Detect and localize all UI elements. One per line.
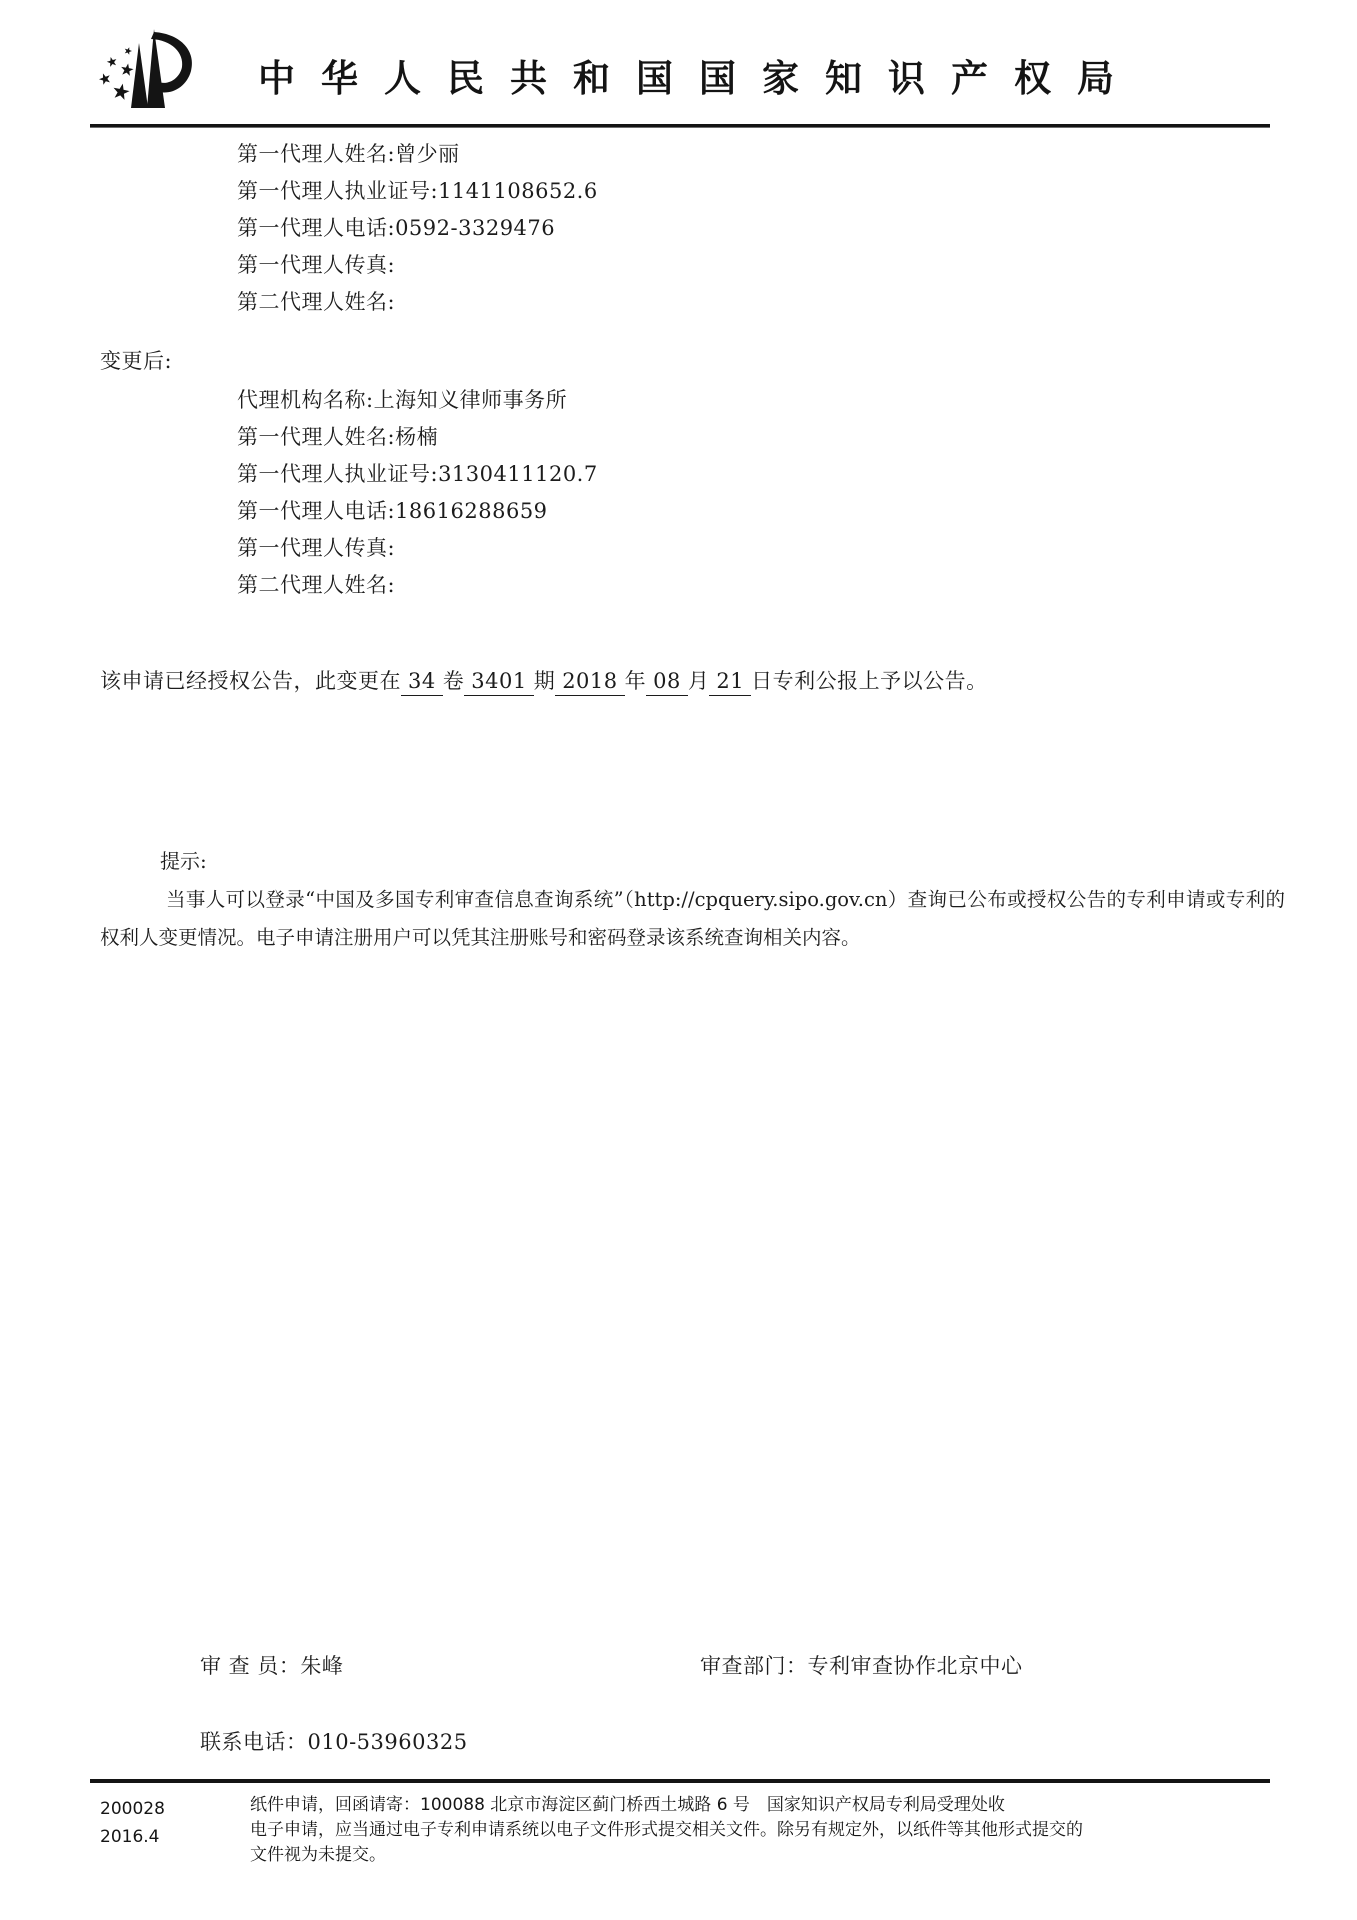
field-line: 第一代理人传真: <box>237 247 598 284</box>
announcement-text: 日专利公报上予以公告。 <box>751 669 988 693</box>
after-change-label: 变更后: <box>100 345 172 375</box>
announcement-text: 卷 <box>443 669 465 693</box>
gazette-day: 21 <box>709 669 751 696</box>
patent-notice-page: 中华人民共和国国家知识产权局 第一代理人姓名:曾少丽 第一代理人执业证号:114… <box>0 0 1357 1920</box>
gazette-announcement: 该申请已经授权公告，此变更在34卷3401期2018年08月21日专利公报上予以… <box>100 665 988 695</box>
footer-instructions: 纸件申请，回函请寄：100088 北京市海淀区蓟门桥西土城路 6 号 国家知识产… <box>250 1793 1280 1868</box>
star-icon <box>98 71 112 85</box>
agent-before-block: 第一代理人姓名:曾少丽 第一代理人执业证号:1141108652.6 第一代理人… <box>237 136 598 321</box>
sipo-logo-icon <box>72 20 200 116</box>
footer-line: 文件视为未提交。 <box>250 1843 1280 1868</box>
announcement-text: 该申请已经授权公告，此变更在 <box>100 669 401 693</box>
gazette-month: 08 <box>646 669 688 696</box>
field-line: 第一代理人姓名:曾少丽 <box>237 136 598 173</box>
notice-label: 提示: <box>160 845 207 874</box>
star-icon <box>123 46 132 55</box>
field-line: 第二代理人姓名: <box>237 284 598 321</box>
field-line: 第一代理人执业证号:1141108652.6 <box>237 173 598 210</box>
form-code-column: 200028 2016.4 <box>100 1795 165 1851</box>
examination-department: 审查部门：专利审查协作北京中心 <box>700 1650 1023 1680</box>
star-icon <box>120 62 134 76</box>
announcement-text: 期 <box>534 669 556 693</box>
field-line: 第一代理人电话:0592-3329476 <box>237 210 598 247</box>
star-icon <box>106 56 118 68</box>
gazette-issue: 3401 <box>464 669 533 696</box>
announcement-text: 年 <box>625 669 647 693</box>
gazette-year: 2018 <box>555 669 624 696</box>
contact-phone: 联系电话：010-53960325 <box>200 1726 468 1756</box>
notice-body: 当事人可以登录“中国及多国专利审查信息查询系统”（http://cpquery.… <box>100 881 1285 957</box>
star-icon <box>112 82 131 101</box>
announcement-text: 月 <box>688 669 710 693</box>
footer-line: 电子申请，应当通过电子专利申请系统以电子文件形式提交相关文件。除另有规定外，以纸… <box>250 1818 1280 1843</box>
field-line: 第一代理人姓名:杨楠 <box>237 419 598 456</box>
agent-after-block: 代理机构名称:上海知义律师事务所 第一代理人姓名:杨楠 第一代理人执业证号:31… <box>237 382 598 604</box>
form-code: 200028 <box>100 1795 165 1823</box>
form-version: 2016.4 <box>100 1823 165 1851</box>
footer-divider <box>90 1779 1270 1783</box>
field-line: 第一代理人电话:18616288659 <box>237 493 598 530</box>
page-title: 中华人民共和国国家知识产权局 <box>258 48 1140 102</box>
field-line: 第一代理人执业证号:3130411120.7 <box>237 456 598 493</box>
footer-line: 纸件申请，回函请寄：100088 北京市海淀区蓟门桥西土城路 6 号 国家知识产… <box>250 1793 1280 1818</box>
field-line: 第一代理人传真: <box>237 530 598 567</box>
field-line: 第二代理人姓名: <box>237 567 598 604</box>
header-divider <box>90 124 1270 128</box>
gazette-volume: 34 <box>401 669 443 696</box>
examiner-name: 审 查 员：朱峰 <box>200 1650 343 1680</box>
field-line: 代理机构名称:上海知义律师事务所 <box>237 382 598 419</box>
